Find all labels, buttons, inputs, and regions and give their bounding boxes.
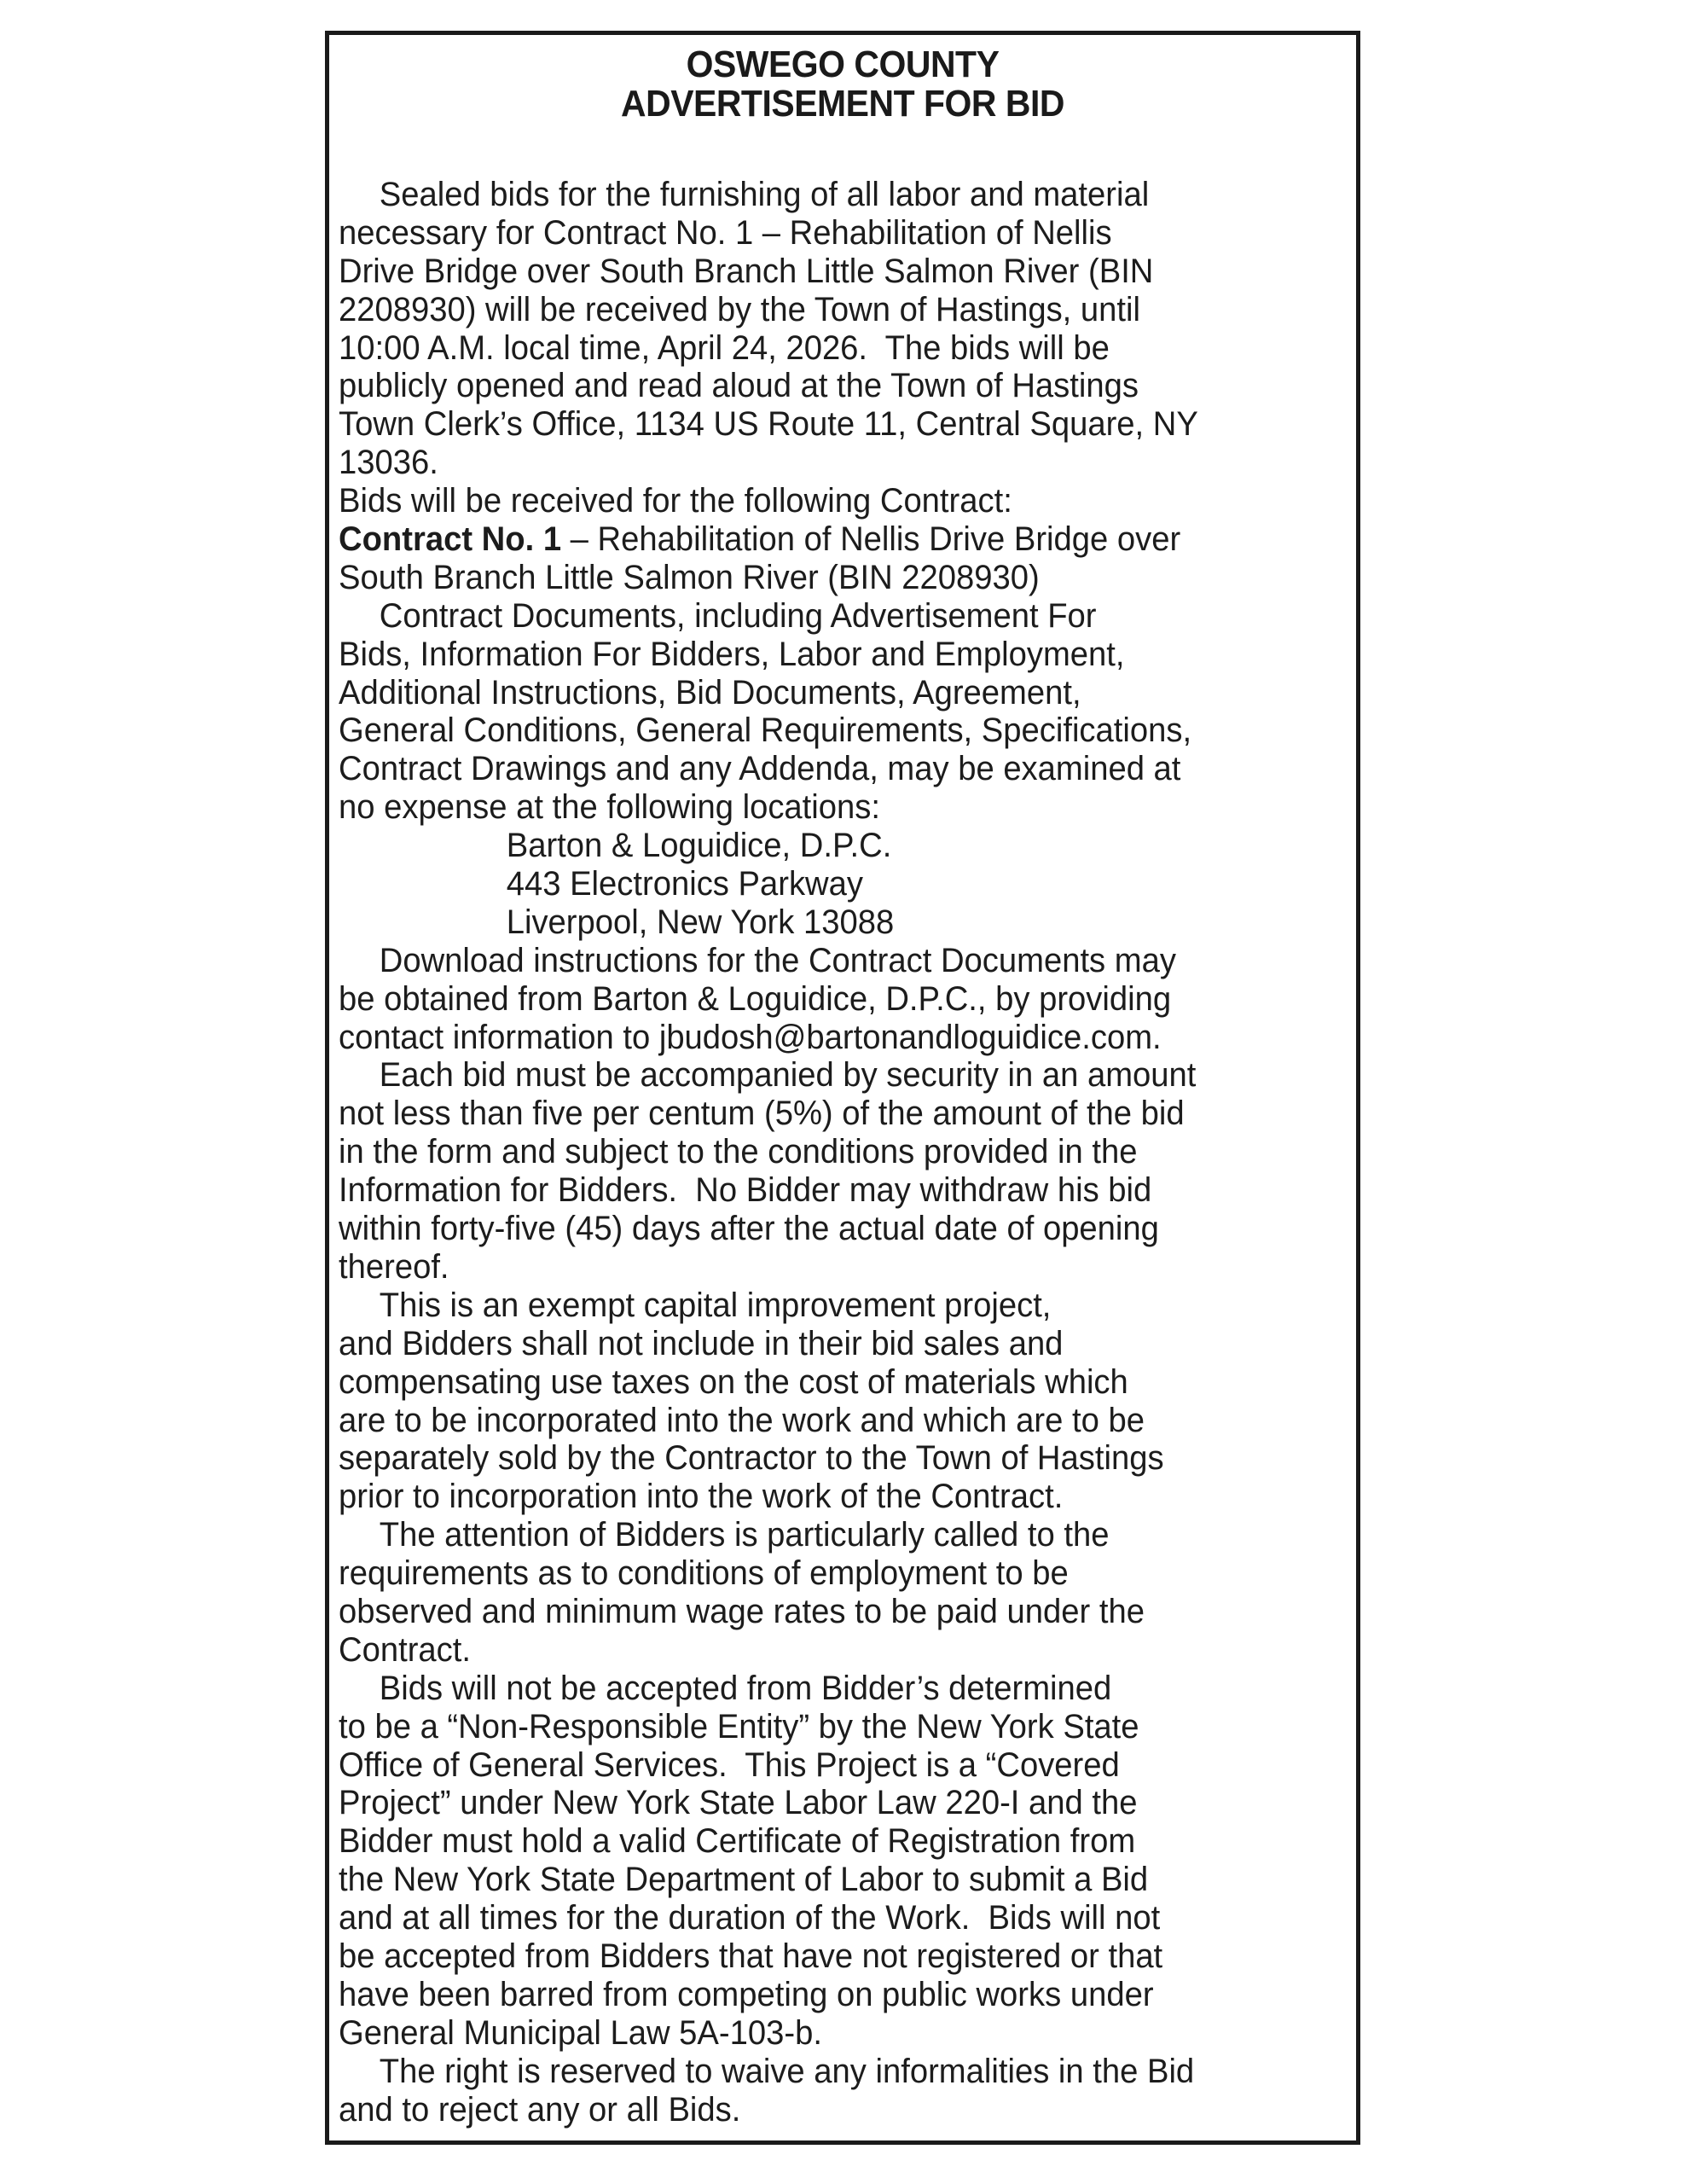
text-line: necessary for Contract No. 1 – Rehabilit… bbox=[339, 214, 1348, 253]
text-line: be accepted from Bidders that have not r… bbox=[339, 1937, 1348, 1976]
contract-description: – Rehabilitation of Nellis Drive Bridge … bbox=[561, 520, 1180, 558]
text-line: Town Clerk’s Office, 1134 US Route 11, C… bbox=[339, 405, 1348, 444]
text-line: Contract. bbox=[339, 1631, 1348, 1670]
text-line: observed and minimum wage rates to be pa… bbox=[339, 1593, 1348, 1631]
contract-label: Contract No. 1 bbox=[339, 520, 561, 558]
advertisement-body: Sealed bids for the furnishing of all la… bbox=[339, 176, 1348, 2129]
reserved-rights-paragraph: The right is reserved to waive any infor… bbox=[339, 2053, 1348, 2129]
text-line: separately sold by the Contractor to the… bbox=[339, 1439, 1348, 1478]
download-paragraph: Download instructions for the Contract D… bbox=[339, 942, 1348, 1057]
text-line: General Municipal Law 5A-103-b. bbox=[339, 2014, 1348, 2053]
contract-paragraph: Contract No. 1 – Rehabilitation of Nelli… bbox=[339, 520, 1348, 597]
text-line: General Conditions, General Requirements… bbox=[339, 712, 1348, 750]
text-line: Office of General Services. This Project… bbox=[339, 1746, 1348, 1785]
non-responsible-paragraph: Bids will not be accepted from Bidder’s … bbox=[339, 1670, 1348, 2053]
address-city: Liverpool, New York 13088 bbox=[339, 903, 1348, 942]
intro-paragraph: Sealed bids for the furnishing of all la… bbox=[339, 176, 1348, 482]
text-line: have been barred from competing on publi… bbox=[339, 1976, 1348, 2014]
text-line: Bidder must hold a valid Certificate of … bbox=[339, 1822, 1348, 1861]
contract-intro-line: Bids will be received for the following … bbox=[339, 482, 1348, 520]
text-line: Information for Bidders. No Bidder may w… bbox=[339, 1171, 1348, 1210]
text-line: 10:00 A.M. local time, April 24, 2026. T… bbox=[339, 329, 1348, 368]
text-line: in the form and subject to the condition… bbox=[339, 1133, 1348, 1171]
text-line: the New York State Department of Labor t… bbox=[339, 1861, 1348, 1899]
text-line: This is an exempt capital improvement pr… bbox=[339, 1287, 1348, 1325]
attention-paragraph: The attention of Bidders is particularly… bbox=[339, 1516, 1348, 1670]
advertisement-box: OSWEGO COUNTY ADVERTISEMENT FOR BID Seal… bbox=[325, 31, 1360, 2145]
contact-email-line: contact information to jbudosh@bartonand… bbox=[339, 1019, 1348, 1057]
text-line: publicly opened and read aloud at the To… bbox=[339, 367, 1348, 405]
text-line: Each bid must be accompanied by security… bbox=[339, 1056, 1348, 1095]
text-line: Bids, Information For Bidders, Labor and… bbox=[339, 636, 1348, 674]
text-line: prior to incorporation into the work of … bbox=[339, 1478, 1348, 1516]
text-line: Drive Bridge over South Branch Little Sa… bbox=[339, 253, 1348, 291]
text-line: Contract Drawings and any Addenda, may b… bbox=[339, 750, 1348, 788]
text-line: Project” under New York State Labor Law … bbox=[339, 1784, 1348, 1822]
text-line: The attention of Bidders is particularly… bbox=[339, 1516, 1348, 1554]
address-company: Barton & Loguidice, D.P.C. bbox=[339, 827, 1348, 865]
text-line: are to be incorporated into the work and… bbox=[339, 1402, 1348, 1440]
address-block: Barton & Loguidice, D.P.C. 443 Electroni… bbox=[339, 827, 1348, 942]
exempt-paragraph: This is an exempt capital improvement pr… bbox=[339, 1287, 1348, 1516]
text-line: no expense at the following locations: bbox=[339, 788, 1348, 827]
text-line: thereof. bbox=[339, 1248, 1348, 1287]
text-line: Download instructions for the Contract D… bbox=[339, 942, 1348, 980]
text-line: compensating use taxes on the cost of ma… bbox=[339, 1363, 1348, 1402]
text-line: South Branch Little Salmon River (BIN 22… bbox=[339, 559, 1348, 597]
address-street: 443 Electronics Parkway bbox=[339, 865, 1348, 903]
text-line: Contract Documents, including Advertisem… bbox=[339, 597, 1348, 636]
security-paragraph: Each bid must be accompanied by security… bbox=[339, 1056, 1348, 1286]
text-line: to be a “Non-Responsible Entity” by the … bbox=[339, 1708, 1348, 1746]
text-line: within forty-five (45) days after the ac… bbox=[339, 1210, 1348, 1248]
text-line: The right is reserved to waive any infor… bbox=[339, 2053, 1348, 2091]
text-line: requirements as to conditions of employm… bbox=[339, 1554, 1348, 1593]
text-line: 13036. bbox=[339, 444, 1348, 482]
text-line: Additional Instructions, Bid Documents, … bbox=[339, 674, 1348, 712]
text-line: Sealed bids for the furnishing of all la… bbox=[339, 176, 1348, 214]
text-line: and at all times for the duration of the… bbox=[339, 1899, 1348, 1937]
text-line: Bids will not be accepted from Bidder’s … bbox=[339, 1670, 1348, 1708]
text-line: not less than five per centum (5%) of th… bbox=[339, 1095, 1348, 1133]
county-title: OSWEGO COUNTY bbox=[365, 45, 1320, 84]
text-line: 2208930) will be received by the Town of… bbox=[339, 291, 1348, 329]
text-line: and to reject any or all Bids. bbox=[339, 2091, 1348, 2129]
documents-paragraph: Contract Documents, including Advertisem… bbox=[339, 597, 1348, 827]
text-line: Contract No. 1 – Rehabilitation of Nelli… bbox=[339, 520, 1348, 559]
text-line: be obtained from Barton & Loguidice, D.P… bbox=[339, 980, 1348, 1019]
advertisement-title: ADVERTISEMENT FOR BID bbox=[365, 84, 1320, 124]
text-line: and Bidders shall not include in their b… bbox=[339, 1325, 1348, 1363]
